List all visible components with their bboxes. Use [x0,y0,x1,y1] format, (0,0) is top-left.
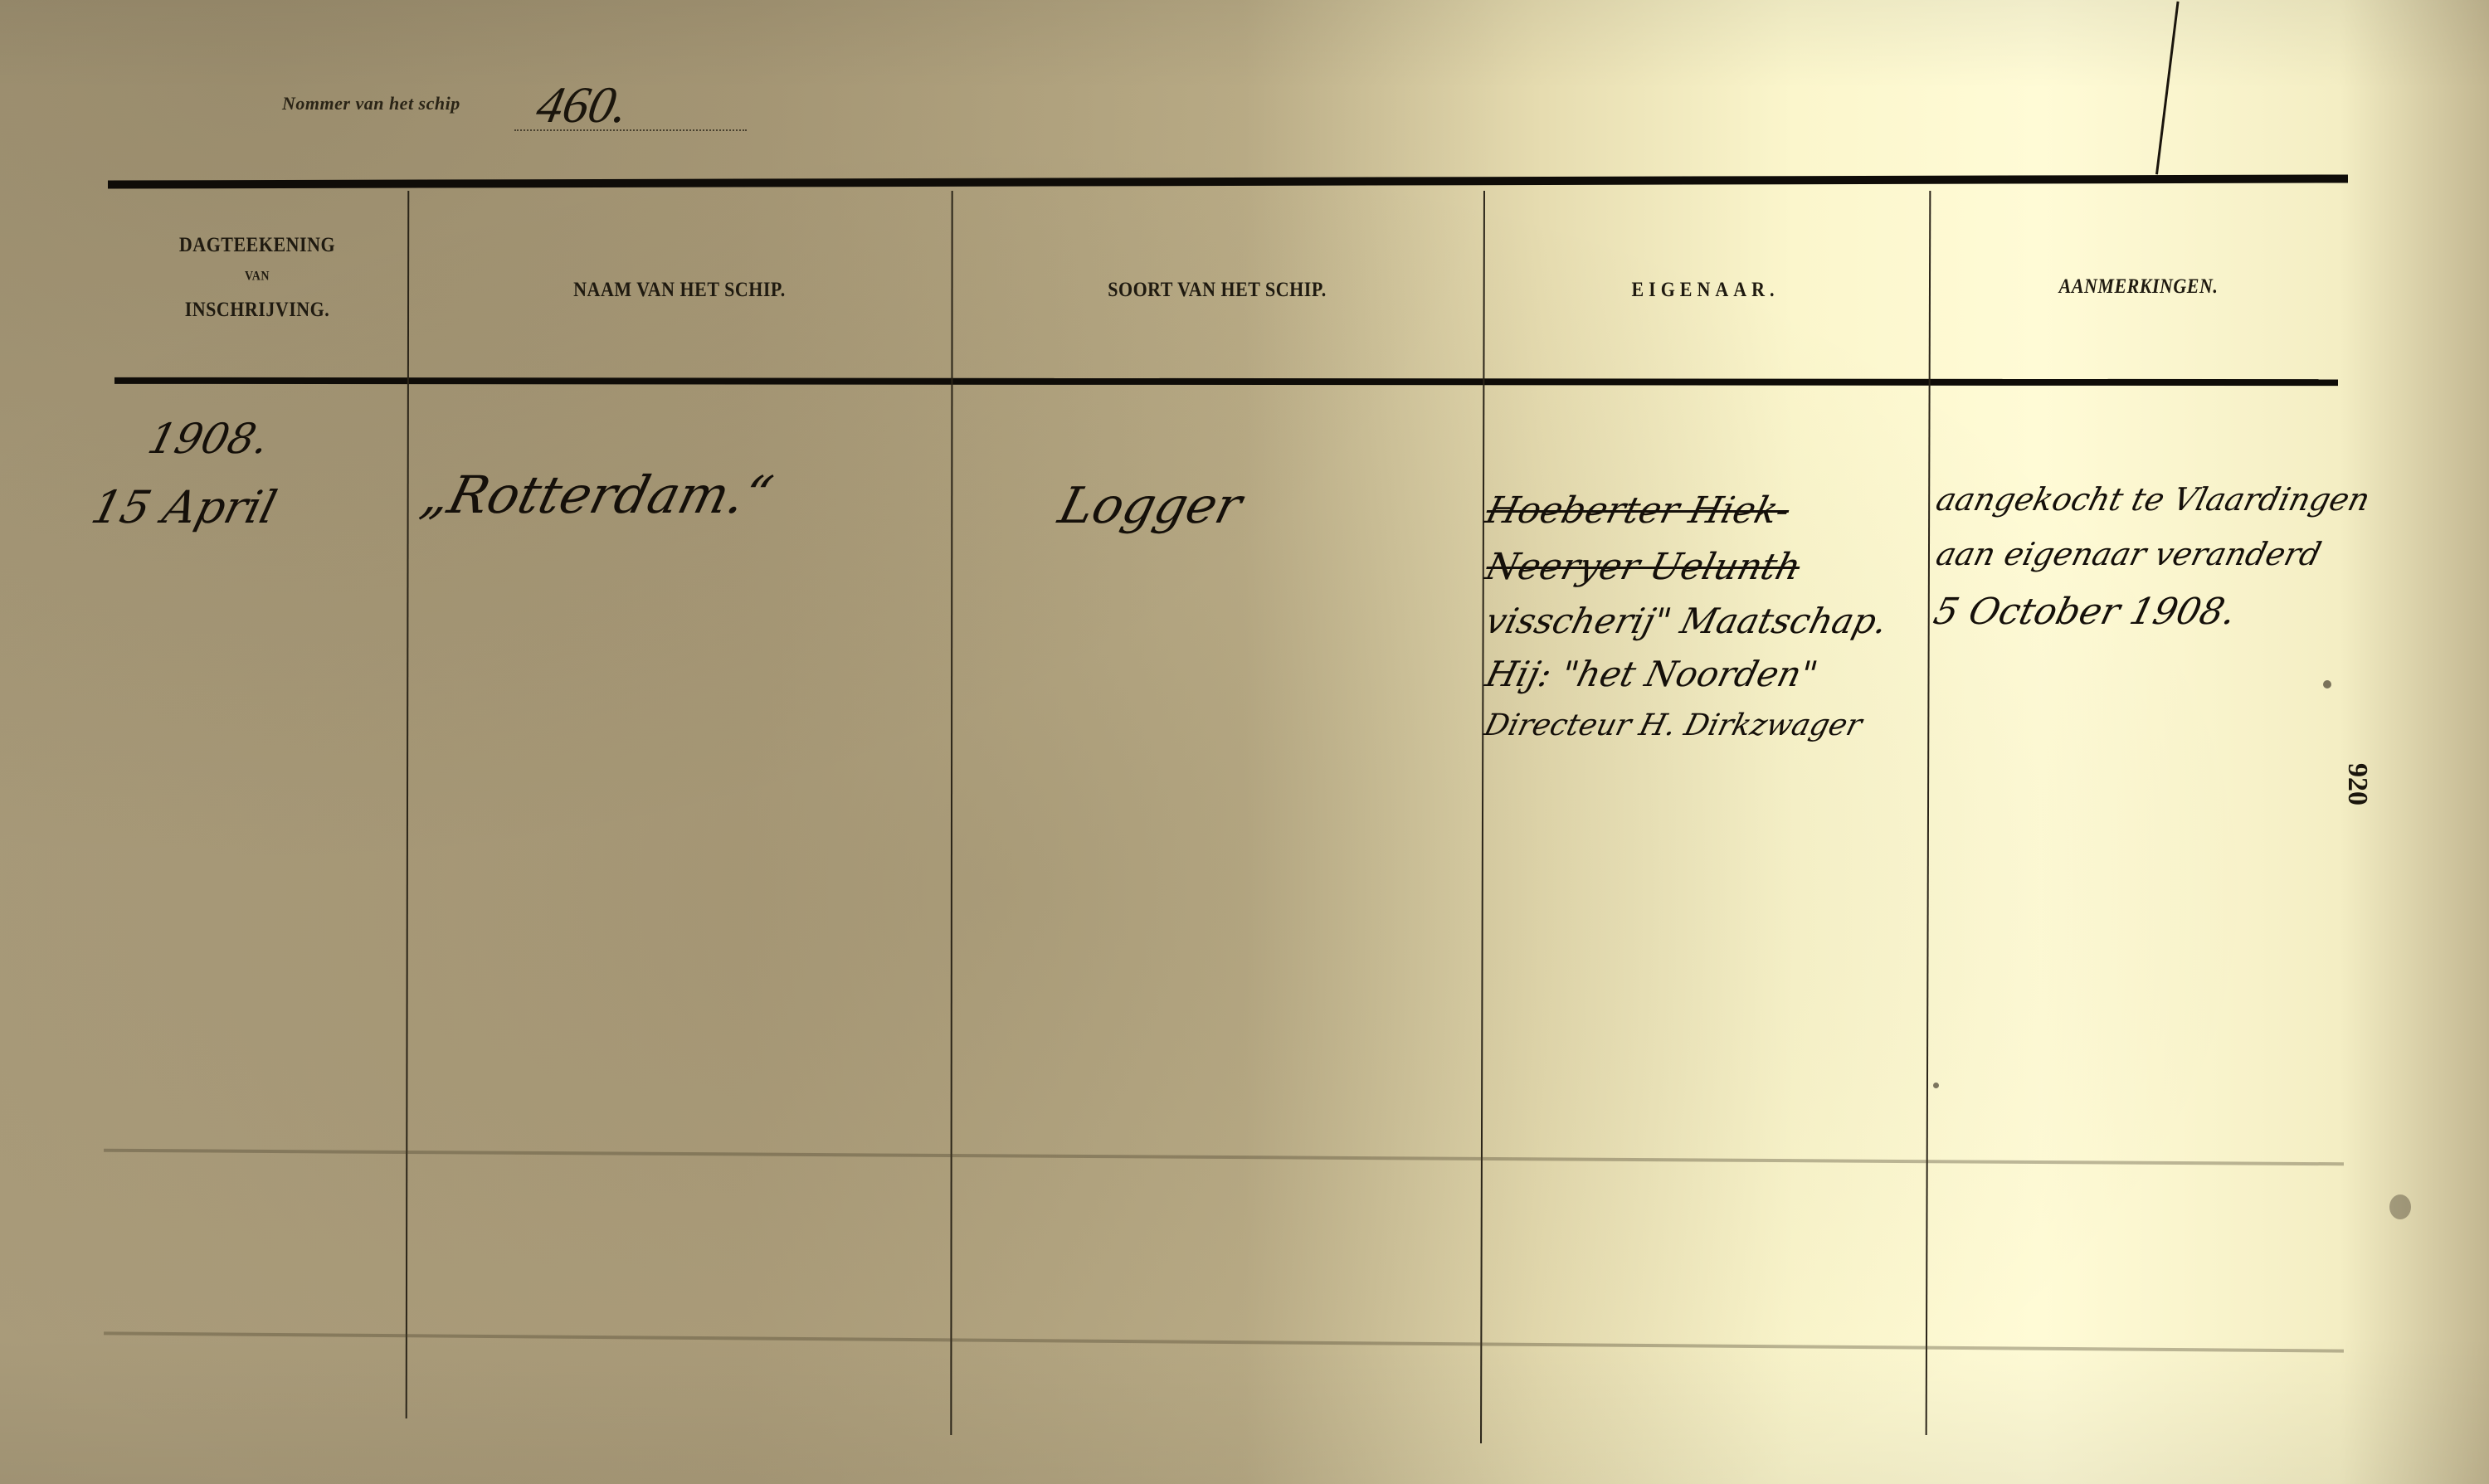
header-dagteekening-line1: DAGTEEKENING [116,232,398,257]
remarks-line-1: aangekocht te Vlaardingen [1928,481,2489,536]
table-header-rule [114,377,2338,386]
owner-line-5: Directeur H. Dirkzwager [1481,708,1937,742]
entry-ship-name: „Rotterdam.“ [416,465,778,525]
remarks-line-2: aan eigenaar veranderd [1928,536,2489,591]
column-divider-4 [1926,191,1931,1435]
owner-struck-line-1: Hoeberter Hiek- [1478,489,1941,546]
pen-stroke-mark [2155,2,2180,175]
owner-line-3: visscherij" Maatschap. [1478,601,1940,654]
ink-speck [1933,1083,1939,1088]
header-soort: SOORT VAN HET SCHIP. [952,277,1482,302]
column-divider-2 [950,191,952,1435]
column-divider-1 [406,191,410,1418]
entry-date-day-month: 15 April [86,481,282,533]
paper-texture [0,0,2489,1484]
ink-speck [2323,680,2331,688]
owner-line-4: Hij: "het Noorden" [1478,654,1940,708]
entry-owner: Hoeberter Hiek- Neeryer Uelunth visscher… [1485,489,1933,742]
ship-number-label: Nommer van het schip [282,93,460,114]
owner-struck-line-2: Neeryer Uelunth [1478,546,1940,601]
entry-remarks: aangekocht te Vlaardingen aan eigenaar v… [1935,481,2482,633]
header-dagteekening: DAGTEEKENING VAN INSCHRIJVING. [116,234,398,320]
header-dagteekening-line3: INSCHRIJVING. [116,297,398,322]
header-dagteekening-line2: VAN [116,270,398,285]
remarks-line-3: 5 October 1908. [1930,591,2488,633]
header-eigenaar: EIGENAAR. [1483,277,1927,302]
faint-rule-lower [104,1331,2344,1352]
header-aanmerkingen: AANMERKINGEN. [1929,274,2348,299]
ship-number-value: 460. [531,76,634,135]
entry-date-year: 1908. [144,415,275,463]
ink-speck [2389,1194,2411,1219]
margin-page-stamp: 920 [2341,763,2373,805]
header-naam: NAAM VAN HET SCHIP. [408,277,951,302]
faint-rule-upper [104,1149,2344,1165]
entry-ship-type: Logger [1053,477,1247,535]
table-top-rule [108,174,2348,188]
